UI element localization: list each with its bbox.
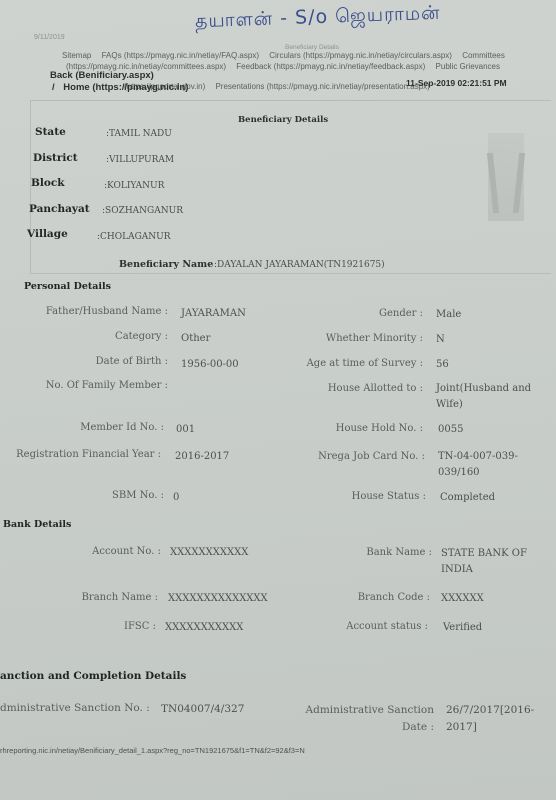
member-id-value: 001 [176,422,195,438]
house-status-label: House Status : [352,491,426,502]
admin-sanction-no-label: dministrative Sanction No. : [0,702,150,714]
bank-details-title: Bank Details [3,519,71,530]
ifsc-label: IFSC : [124,621,156,632]
state-value: :TAMIL NADU [106,129,172,139]
sbm-no-label: SBM No. : [112,490,164,501]
gender-label: Gender : [379,308,423,319]
nav-feedback-link[interactable]: Feedback (https://pmayg.nic.in/netiay/fe… [236,62,425,71]
bank-name-label: Bank Name : [366,547,432,558]
house-allotted-label: House Allotted to : [328,383,423,394]
village-label: Village [27,228,68,240]
category-value: Other [181,331,210,347]
registration-year-label: Registration Financial Year : [16,449,161,460]
report-timestamp: 11-Sep-2019 02:21:51 PM [406,78,507,88]
state-label: State [35,126,66,138]
home-link-row: / Home (https://pmayg.nic.in) [52,82,188,93]
category-label: Category : [115,331,168,342]
father-husband-name-label: Father/Husband Name : [46,306,168,317]
breadcrumb-separator: / [52,82,55,93]
ifsc-value: XXXXXXXXXXX [165,620,243,636]
date-of-birth-label: Date of Birth : [96,356,168,367]
beneficiary-photo [488,133,524,221]
account-no-label: Account No. : [92,546,161,557]
nav-row-1: Sitemap FAQs (https://pmayg.nic.in/netia… [62,51,513,60]
district-value: :VILLUPURAM [106,155,174,165]
nav-sitemap-link[interactable]: Sitemap [62,51,91,60]
member-id-label: Member Id No. : [80,422,164,433]
nav-circulars-link[interactable]: Circulars (https://pmayg.nic.in/netiay/c… [269,51,452,60]
panchayat-label: Panchayat [29,203,90,215]
admin-sanction-no-value: TN04007/4/327 [161,701,244,717]
block-label: Block [31,177,65,189]
branch-code-label: Branch Code : [358,592,430,603]
nav-faqs-link[interactable]: FAQs (https://pmayg.nic.in/netiay/FAQ.as… [102,51,259,60]
age-at-survey-value: 56 [436,357,449,373]
block-value: :KOLIYANUR [104,181,164,191]
beneficiary-name-label: Beneficiary Name [119,259,213,270]
date-of-birth-value: 1956-00-00 [181,357,239,373]
father-husband-name-value: JAYARAMAN [181,306,246,322]
family-member-count-label: No. Of Family Member : [46,380,168,391]
bank-name-value: STATE BANK OF INDIA [441,546,527,578]
page-url-footer: rhreporting.nic.in/netiay/Benificiary_de… [0,746,305,755]
nrega-job-card-value: TN-04-007-039- 039/160 [438,449,518,481]
sbm-no-value: 0 [173,490,179,506]
branch-name-value: XXXXXXXXXXXXXX [168,591,268,607]
nrega-job-card-label: Nrega Job Card No. : [318,451,425,462]
sanction-details-title: anction and Completion Details [0,670,186,682]
nav-presentations-link[interactable]: Presentations (https://pmayg.nic.in/neti… [215,82,429,91]
panchayat-value: :SOZHANGANUR [102,206,183,216]
print-date: 9/11/2019 [34,34,65,41]
nav-public-grievances-link[interactable]: Public Grievances [436,62,500,71]
registration-year-value: 2016-2017 [175,449,229,465]
household-no-value: 0055 [438,422,463,438]
age-at-survey-label: Age at time of Survey : [307,358,423,369]
handwritten-note: தயாளன் - S/o ஜெயராமன் [195,2,441,36]
household-no-label: House Hold No. : [336,423,423,434]
branch-code-value: XXXXXX [441,591,484,607]
account-status-value: Verified [443,620,482,636]
minority-value: N [436,332,445,348]
branch-name-label: Branch Name : [82,592,158,603]
gender-value: Male [436,307,461,323]
minority-label: Whether Minority : [326,333,423,344]
nav-committees-link[interactable]: Committees [462,51,505,60]
village-value: :CHOLAGANUR [97,232,171,242]
beneficiary-details-title: Beneficiary Details [238,115,328,125]
admin-sanction-date-label: Administrative Sanction Date : [306,702,434,736]
print-page-title: Beneficiary Details [285,44,339,51]
house-status-value: Completed [440,490,495,506]
account-no-value: XXXXXXXXXXX [170,545,248,561]
home-link[interactable]: Home (https://pmayg.nic.in) [63,82,188,93]
account-status-label: Account status : [346,621,428,632]
back-link[interactable]: Back (Benificiary.aspx) [50,70,154,81]
admin-sanction-date-value: 26/7/2017[2016- 2017] [446,702,534,736]
district-label: District [33,152,78,164]
beneficiary-name-value: :DAYALAN JAYARAMAN(TN1921675) [214,260,385,270]
personal-details-title: Personal Details [24,281,111,292]
house-allotted-value: Joint(Husband and Wife) [436,381,531,413]
